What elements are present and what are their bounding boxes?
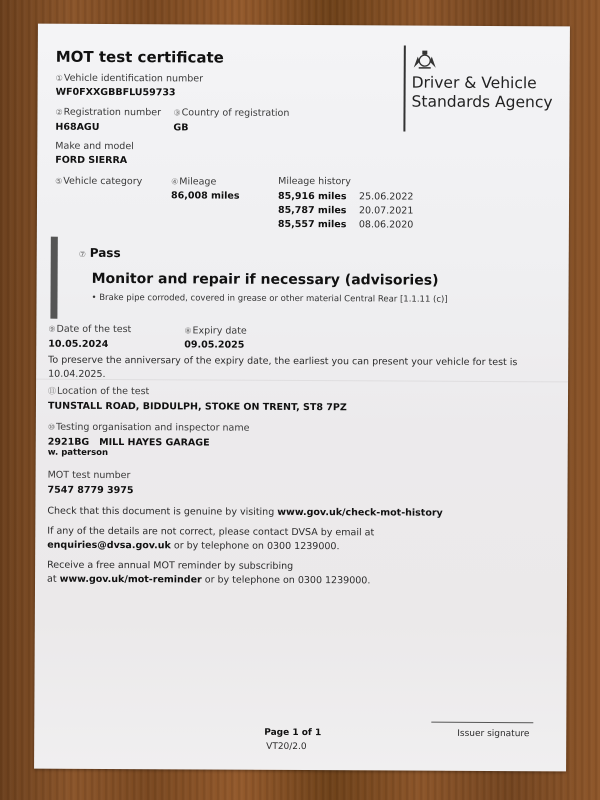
reminder-line1: Receive a free annual MOT reminder by su… — [47, 560, 293, 572]
field-marker: ⑪ — [48, 386, 56, 397]
vin-label-text: Vehicle identification number — [64, 73, 203, 85]
field-marker: ⑧ — [184, 326, 191, 335]
dvsa-email-link[interactable]: enquiries@dvsa.gov.uk — [47, 540, 171, 552]
mileage-history-miles-0: 85,916 miles — [278, 191, 347, 202]
mileage-history-label: Mileage history — [278, 176, 351, 187]
country-label-text: Country of registration — [182, 107, 290, 119]
testing-org-label: ⑩Testing organisation and inspector name — [48, 422, 250, 434]
location-label-text: Location of the test — [57, 386, 149, 397]
result-marker: ⑦ — [79, 249, 87, 260]
contact-line1: If any of the details are not correct, p… — [47, 526, 374, 539]
reminder-prefix: at — [47, 574, 60, 585]
contact-phone-text: or by telephone on 0300 1239000. — [171, 540, 340, 552]
test-number-value: 7547 8779 3975 — [47, 485, 133, 496]
expiry-date-label: ⑧Expiry date — [184, 325, 246, 336]
vin-value: WF0FXXGBBFLU59733 — [56, 87, 176, 99]
mileage-value: 86,008 miles — [171, 190, 240, 201]
anniversary-note-line2: 10.04.2025. — [48, 369, 105, 380]
location-label: ⑪Location of the test — [48, 386, 149, 398]
field-marker: ⑨ — [48, 325, 55, 334]
expiry-date-value: 09.05.2025 — [184, 339, 244, 350]
result-status: Pass — [90, 246, 121, 260]
agency-name: Driver & Vehicle Standards Agency — [411, 74, 571, 113]
advisory-item: • Brake pipe corroded, covered in grease… — [91, 293, 447, 305]
mileage-history-date-1: 20.07.2021 — [359, 205, 413, 216]
mileage-history-date-0: 25.06.2022 — [359, 191, 413, 202]
testing-org-value: 2921BG MILL HAYES GARAGE — [48, 437, 210, 449]
paper-fold-line — [36, 379, 568, 383]
field-marker: ⑩ — [48, 423, 55, 432]
issuer-signature-label: Issuer signature — [457, 729, 529, 739]
location-value: TUNSTALL ROAD, BIDDULPH, STOKE ON TRENT,… — [48, 401, 347, 414]
field-marker: ③ — [173, 108, 180, 117]
reminder-line2: at www.gov.uk/mot-reminder or by telepho… — [47, 574, 370, 587]
testing-org-label-text: Testing organisation and inspector name — [56, 422, 250, 434]
vehicle-category-label-text: Vehicle category — [63, 176, 142, 187]
vehicle-category-label: ⑤Vehicle category — [55, 176, 142, 187]
royal-crest-icon — [412, 48, 438, 70]
country-value: GB — [173, 122, 188, 133]
signature-line — [431, 722, 533, 724]
make-model-value: FORD SIERRA — [55, 155, 127, 166]
field-marker: ⑦ — [79, 250, 86, 259]
genuine-check-text: Check that this document is genuine by v… — [47, 506, 442, 519]
genuine-check-prefix: Check that this document is genuine by v… — [47, 506, 277, 518]
mot-reminder-link[interactable]: www.gov.uk/mot-reminder — [60, 574, 202, 586]
country-label: ③Country of registration — [173, 107, 289, 119]
agency-logo-rule — [403, 46, 405, 132]
mileage-history-miles-2: 85,557 miles — [278, 219, 347, 230]
document-title: MOT test certificate — [56, 48, 224, 67]
mot-certificate-document: MOT test certificate Driver & Vehicle St… — [34, 24, 570, 772]
mileage-label-text: Mileage — [179, 176, 216, 187]
registration-label: ②Registration number — [55, 107, 161, 119]
advisories-heading: Monitor and repair if necessary (advisor… — [92, 271, 439, 289]
vin-label: ①Vehicle identification number — [56, 73, 203, 85]
test-number-label: MOT test number — [48, 470, 131, 481]
mileage-label: ④Mileage — [171, 176, 216, 187]
mileage-history-miles-1: 85,787 miles — [278, 205, 347, 216]
form-code: VT20/2.0 — [266, 742, 307, 752]
registration-label-text: Registration number — [64, 107, 161, 119]
expiry-date-label-text: Expiry date — [192, 325, 246, 336]
make-model-label: Make and model — [55, 141, 134, 152]
test-date-label-text: Date of the test — [56, 324, 131, 335]
inspector-name: w. patterson — [48, 448, 108, 458]
test-date-value: 10.05.2024 — [48, 339, 108, 350]
mileage-history-date-2: 08.06.2020 — [359, 219, 413, 230]
anniversary-note-line1: To preserve the anniversary of the expir… — [48, 355, 517, 368]
registration-value: H68AGU — [55, 122, 99, 133]
field-marker: ② — [55, 108, 62, 117]
result-status-bar — [50, 237, 57, 319]
reminder-phone-text: or by telephone on 0300 1239000. — [202, 574, 371, 586]
test-date-label: ⑨Date of the test — [48, 324, 131, 335]
contact-line2: enquiries@dvsa.gov.uk or by telephone on… — [47, 540, 339, 553]
page-number: Page 1 of 1 — [264, 728, 321, 738]
field-marker: ① — [56, 74, 63, 83]
check-mot-history-link[interactable]: www.gov.uk/check-mot-history — [277, 507, 443, 519]
field-marker: ⑤ — [55, 177, 62, 186]
field-marker: ④ — [171, 177, 178, 186]
